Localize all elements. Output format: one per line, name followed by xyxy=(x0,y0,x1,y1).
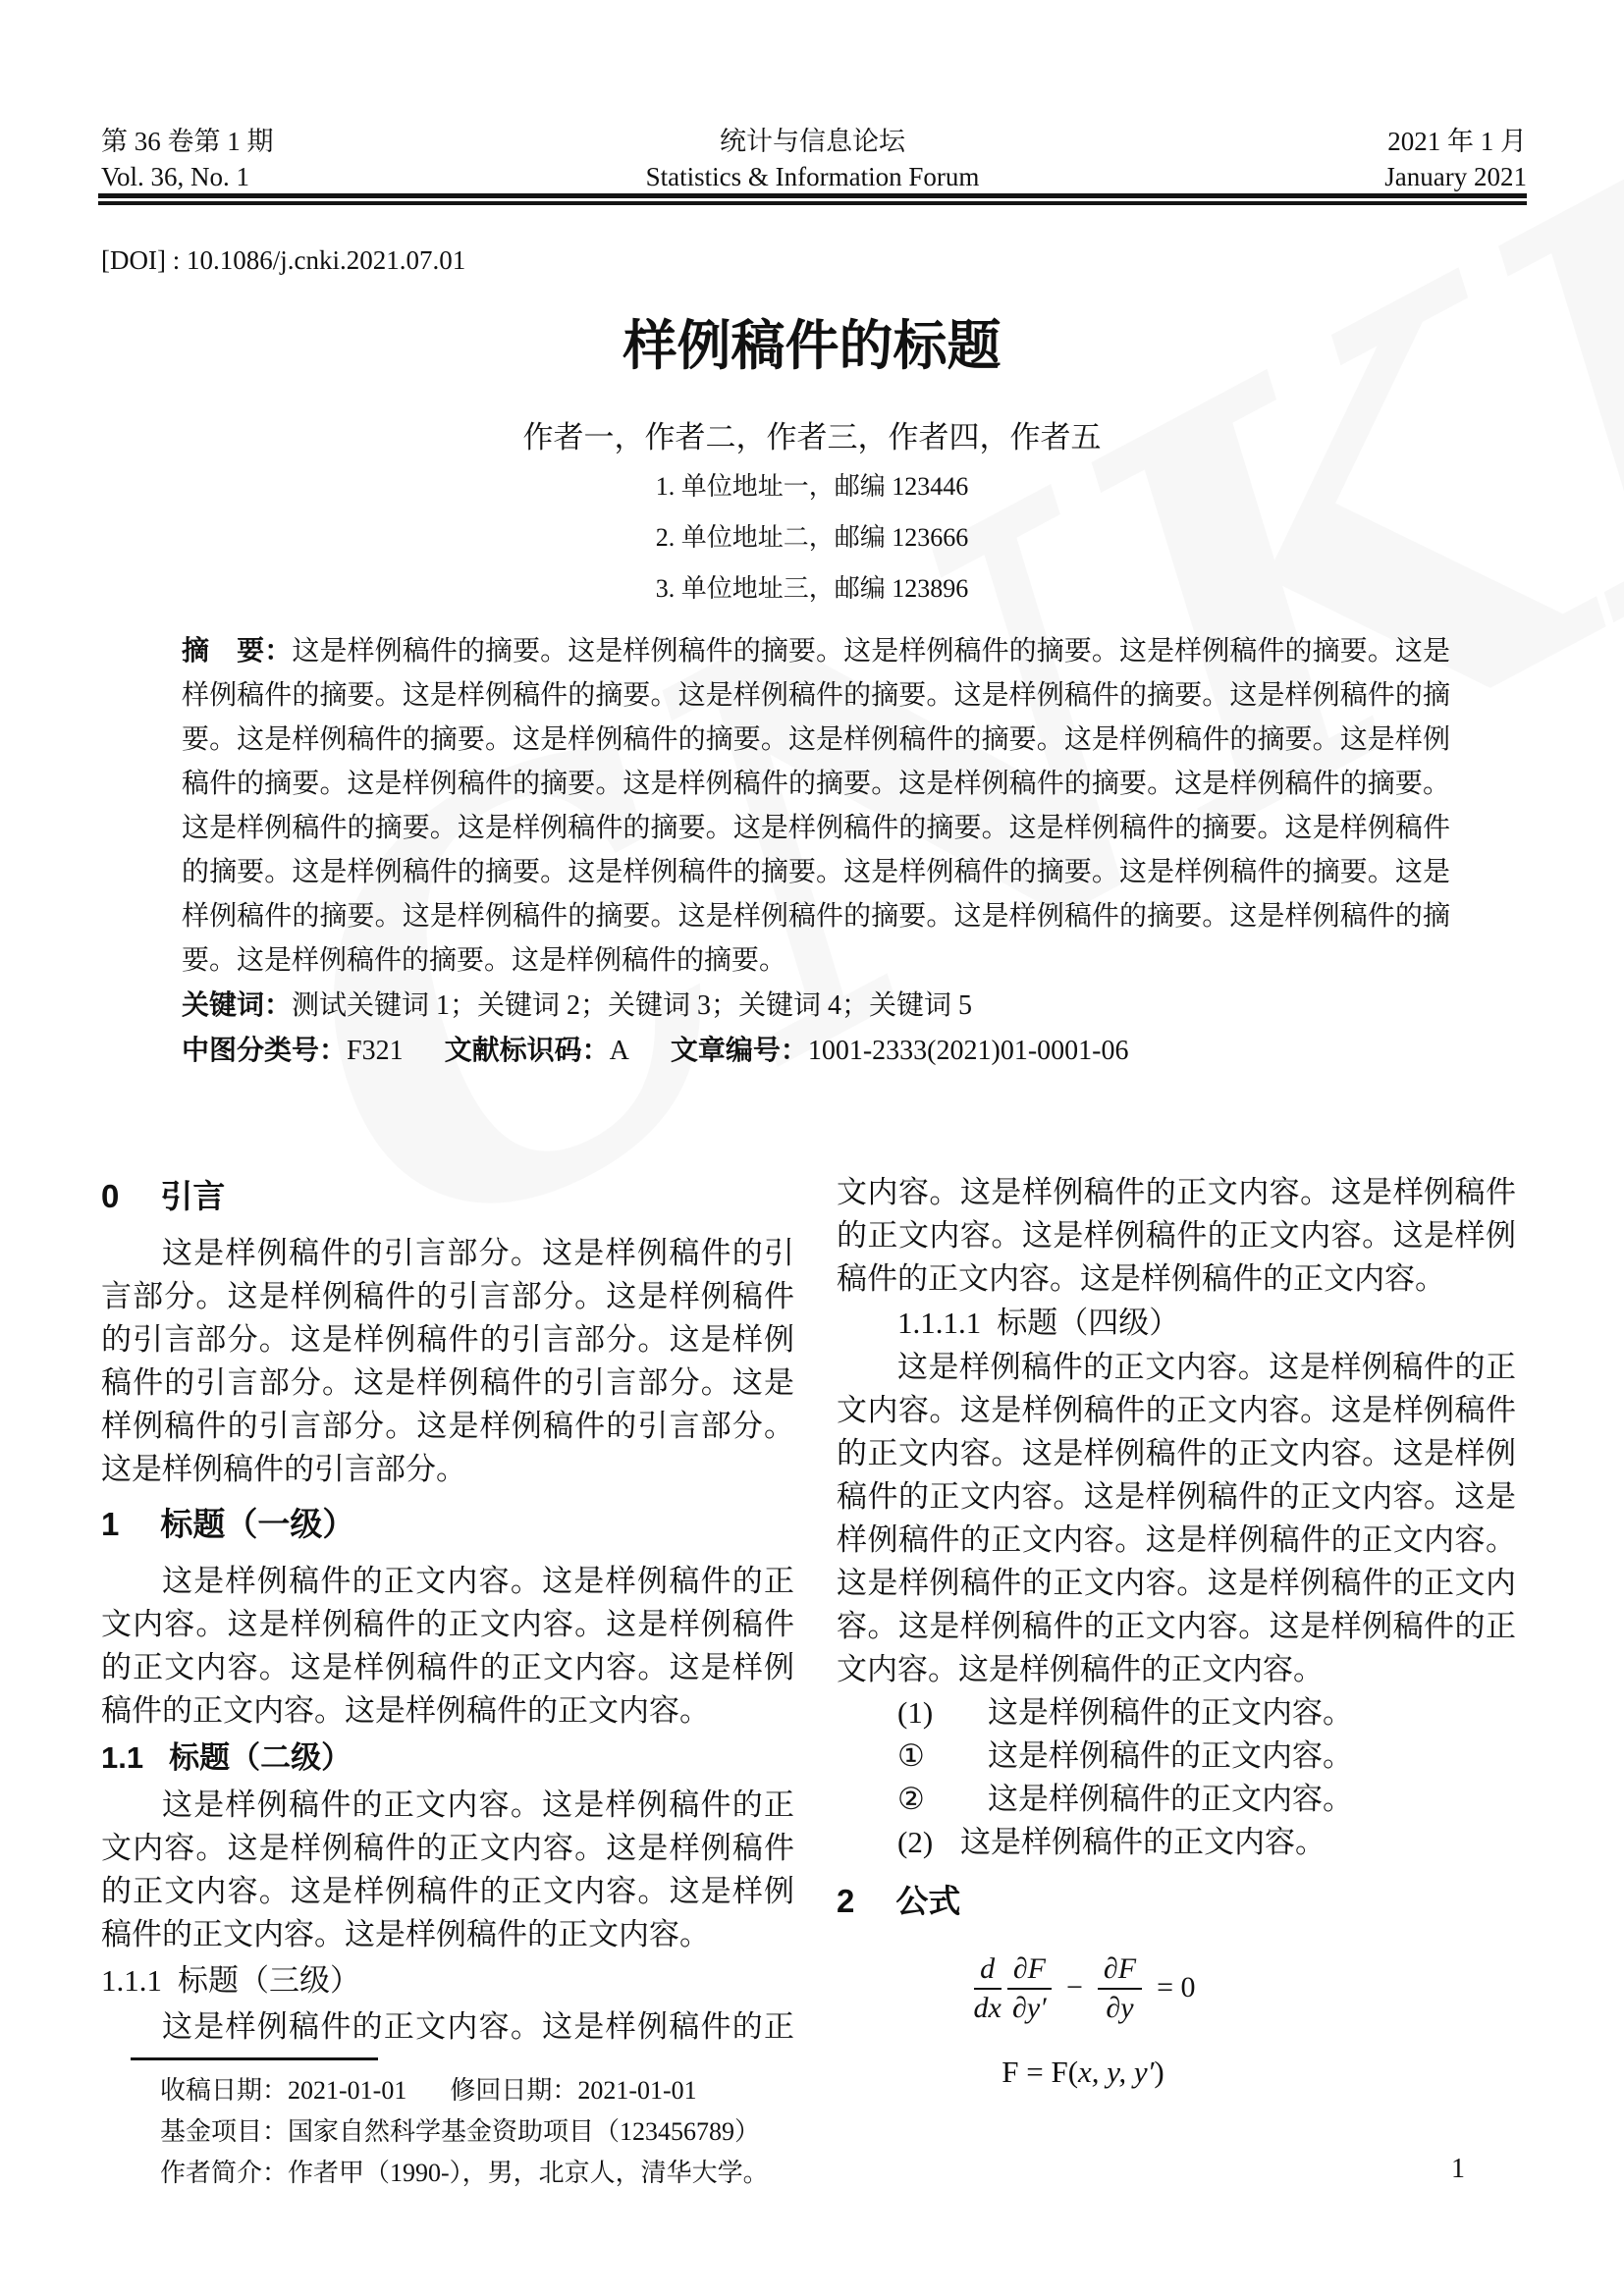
article-no-label: 文章编号： xyxy=(671,1035,808,1065)
doc-code-label: 文献标识码： xyxy=(445,1035,610,1065)
heading-number: 1 xyxy=(101,1506,119,1542)
page-number: 1 xyxy=(1451,2154,1465,2185)
date-cn: 2021 年 1 月 xyxy=(1384,124,1527,159)
section-1-1-1-paragraph-start: 这是样例稿件的正文内容。这是样例稿件的正 xyxy=(101,2005,794,2049)
fraction-d-dx: ddx xyxy=(974,1952,1001,2023)
equals-zero: = 0 xyxy=(1157,1971,1195,2003)
keywords-label: 关键词： xyxy=(182,989,292,1020)
affiliation-1: 1. 单位地址一，邮编 123446 xyxy=(0,461,1624,512)
footnote-rule xyxy=(131,2057,378,2060)
equation-euler-lagrange: ddx∂F∂y′−∂F∂y= 0 xyxy=(837,1952,1516,2023)
keywords-line: 关键词：测试关键词 1；关键词 2；关键词 3；关键词 4；关键词 5 xyxy=(182,983,1450,1028)
section-1-1-1-1-paragraph: 这是样例稿件的正文内容。这是样例稿件的正文内容。这是样例稿件的正文内容。这是样例… xyxy=(837,1346,1516,1691)
journal-name-cn: 统计与信息论坛 xyxy=(98,124,1527,159)
heading-text: 标题（二级） xyxy=(169,1740,352,1775)
heading-number: 1.1.1.1 xyxy=(897,1306,981,1340)
heading-text: 标题（四级） xyxy=(997,1306,1179,1340)
heading-number: 1.1.1 xyxy=(101,1963,162,1998)
fraction-dF-dy: ∂F∂y xyxy=(1098,1952,1142,2023)
minus-operator: − xyxy=(1066,1971,1083,2003)
heading-text: 引言 xyxy=(160,1178,225,1214)
footnote-fund: 基金项目：国家自然科学基金资助项目（123456789） xyxy=(131,2111,769,2153)
heading-text: 公式 xyxy=(895,1883,960,1919)
running-head: 第 36 卷第 1 期 Vol. 36, No. 1 统计与信息论坛 Stati… xyxy=(98,124,1527,194)
doc-code-value: A xyxy=(610,1036,629,1066)
section-1-1-1-paragraph-continued: 文内容。这是样例稿件的正文内容。这是样例稿件的正文内容。这是样例稿件的正文内容。… xyxy=(837,1171,1516,1301)
list-text: 这是样例稿件的正文内容。 xyxy=(988,1782,1353,1816)
list-text: 这是样例稿件的正文内容。 xyxy=(988,1738,1353,1773)
classification-line: 中图分类号：F321文献标识码：A文章编号：1001-2333(2021)01-… xyxy=(182,1028,1450,1073)
list-item: (1)这是样例稿件的正文内容。 xyxy=(837,1691,1516,1735)
abstract-text: 这是样例稿件的摘要。这是样例稿件的摘要。这是样例稿件的摘要。这是样例稿件的摘要。… xyxy=(182,636,1450,976)
footnote-dates: 收稿日期：2021-01-01修回日期：2021-01-01 xyxy=(131,2070,769,2111)
list-item: ②这是样例稿件的正文内容。 xyxy=(837,1778,1516,1821)
revised-label: 修回日期： xyxy=(450,2076,577,2105)
circled-2-marker: ② xyxy=(897,1778,988,1821)
heading-0-intro: 0引言 xyxy=(101,1171,794,1222)
clc-label: 中图分类号： xyxy=(182,1035,347,1065)
heading-number: 0 xyxy=(101,1178,119,1214)
doi-line: [DOI] : 10.1086/j.cnki.2021.07.01 xyxy=(101,245,465,276)
section-1-paragraph: 这是样例稿件的正文内容。这是样例稿件的正文内容。这是样例稿件的正文内容。这是样例… xyxy=(101,1560,794,1733)
fraction-dF-dyprime: ∂F∂y′ xyxy=(1007,1952,1052,2023)
heading-1: 1标题（一级） xyxy=(101,1499,794,1550)
left-column: 0引言 这是样例稿件的引言部分。这是样例稿件的引言部分。这是样例稿件的引言部分。… xyxy=(101,1171,794,2049)
list-text: 这是样例稿件的正文内容。 xyxy=(988,1695,1353,1730)
intro-paragraph: 这是样例稿件的引言部分。这是样例稿件的引言部分。这是样例稿件的引言部分。这是样例… xyxy=(101,1232,794,1491)
article-no-value: 1001-2333(2021)01-0001-06 xyxy=(808,1036,1129,1066)
right-column: 文内容。这是样例稿件的正文内容。这是样例稿件的正文内容。这是样例稿件的正文内容。… xyxy=(837,1171,1516,2087)
abstract-label: 摘 要： xyxy=(182,635,292,666)
heading-1-1-1-1: 1.1.1.1标题（四级） xyxy=(897,1301,1516,1346)
list-item: ①这是样例稿件的正文内容。 xyxy=(837,1735,1516,1778)
author-line: 作者一，作者二，作者三，作者四，作者五 xyxy=(0,412,1624,456)
journal-name-en: Statistics & Information Forum xyxy=(98,159,1527,194)
heading-number: 1.1 xyxy=(101,1740,143,1775)
date-en: January 2021 xyxy=(1384,159,1527,194)
running-head-journal: 统计与信息论坛 Statistics & Information Forum xyxy=(98,124,1527,194)
circled-1-marker: ① xyxy=(897,1735,988,1778)
received-date: 2021-01-01 xyxy=(288,2076,406,2105)
clc-value: F321 xyxy=(347,1036,404,1066)
keywords-text: 测试关键词 1；关键词 2；关键词 3；关键词 4；关键词 5 xyxy=(292,990,972,1021)
running-head-date: 2021 年 1 月 January 2021 xyxy=(1384,124,1527,194)
affiliation-list: 1. 单位地址一，邮编 123446 2. 单位地址二，邮编 123666 3.… xyxy=(0,461,1624,614)
heading-2-formula: 2公式 xyxy=(837,1876,1516,1927)
heading-number: 2 xyxy=(837,1883,854,1919)
equation-functional: F = F(x, y, y′) xyxy=(837,2056,1516,2087)
list-marker: (2) xyxy=(897,1821,960,1864)
abstract-paragraph: 摘 要：这是样例稿件的摘要。这是样例稿件的摘要。这是样例稿件的摘要。这是样例稿件… xyxy=(182,628,1450,983)
abstract-block: 摘 要：这是样例稿件的摘要。这是样例稿件的摘要。这是样例稿件的摘要。这是样例稿件… xyxy=(182,628,1450,1073)
list-marker: (1) xyxy=(897,1691,988,1735)
footnote-block: 收稿日期：2021-01-01修回日期：2021-01-01 基金项目：国家自然… xyxy=(131,2057,769,2194)
heading-1-1-1: 1.1.1标题（三级） xyxy=(101,1958,794,2003)
journal-page: CNKI 第 36 卷第 1 期 Vol. 36, No. 1 统计与信息论坛 … xyxy=(0,0,1624,2296)
heading-text: 标题（三级） xyxy=(178,1963,360,1998)
list-item: (2)这是样例稿件的正文内容。 xyxy=(837,1821,1516,1864)
revised-date: 2021-01-01 xyxy=(577,2076,696,2105)
heading-text: 标题（一级） xyxy=(160,1506,354,1542)
section-1-1-paragraph: 这是样例稿件的正文内容。这是样例稿件的正文内容。这是样例稿件的正文内容。这是样例… xyxy=(101,1784,794,1956)
list-text: 这是样例稿件的正文内容。 xyxy=(960,1825,1326,1859)
article-title: 样例稿件的标题 xyxy=(0,314,1624,377)
header-double-rule xyxy=(98,193,1527,205)
affiliation-2: 2. 单位地址二，邮编 123666 xyxy=(0,512,1624,563)
affiliation-3: 3. 单位地址三，邮编 123896 xyxy=(0,563,1624,614)
heading-1-1: 1.1标题（二级） xyxy=(101,1735,794,1782)
received-label: 收稿日期： xyxy=(160,2076,288,2105)
footnote-bio: 作者简介：作者甲（1990-），男，北京人，清华大学。 xyxy=(131,2153,769,2194)
